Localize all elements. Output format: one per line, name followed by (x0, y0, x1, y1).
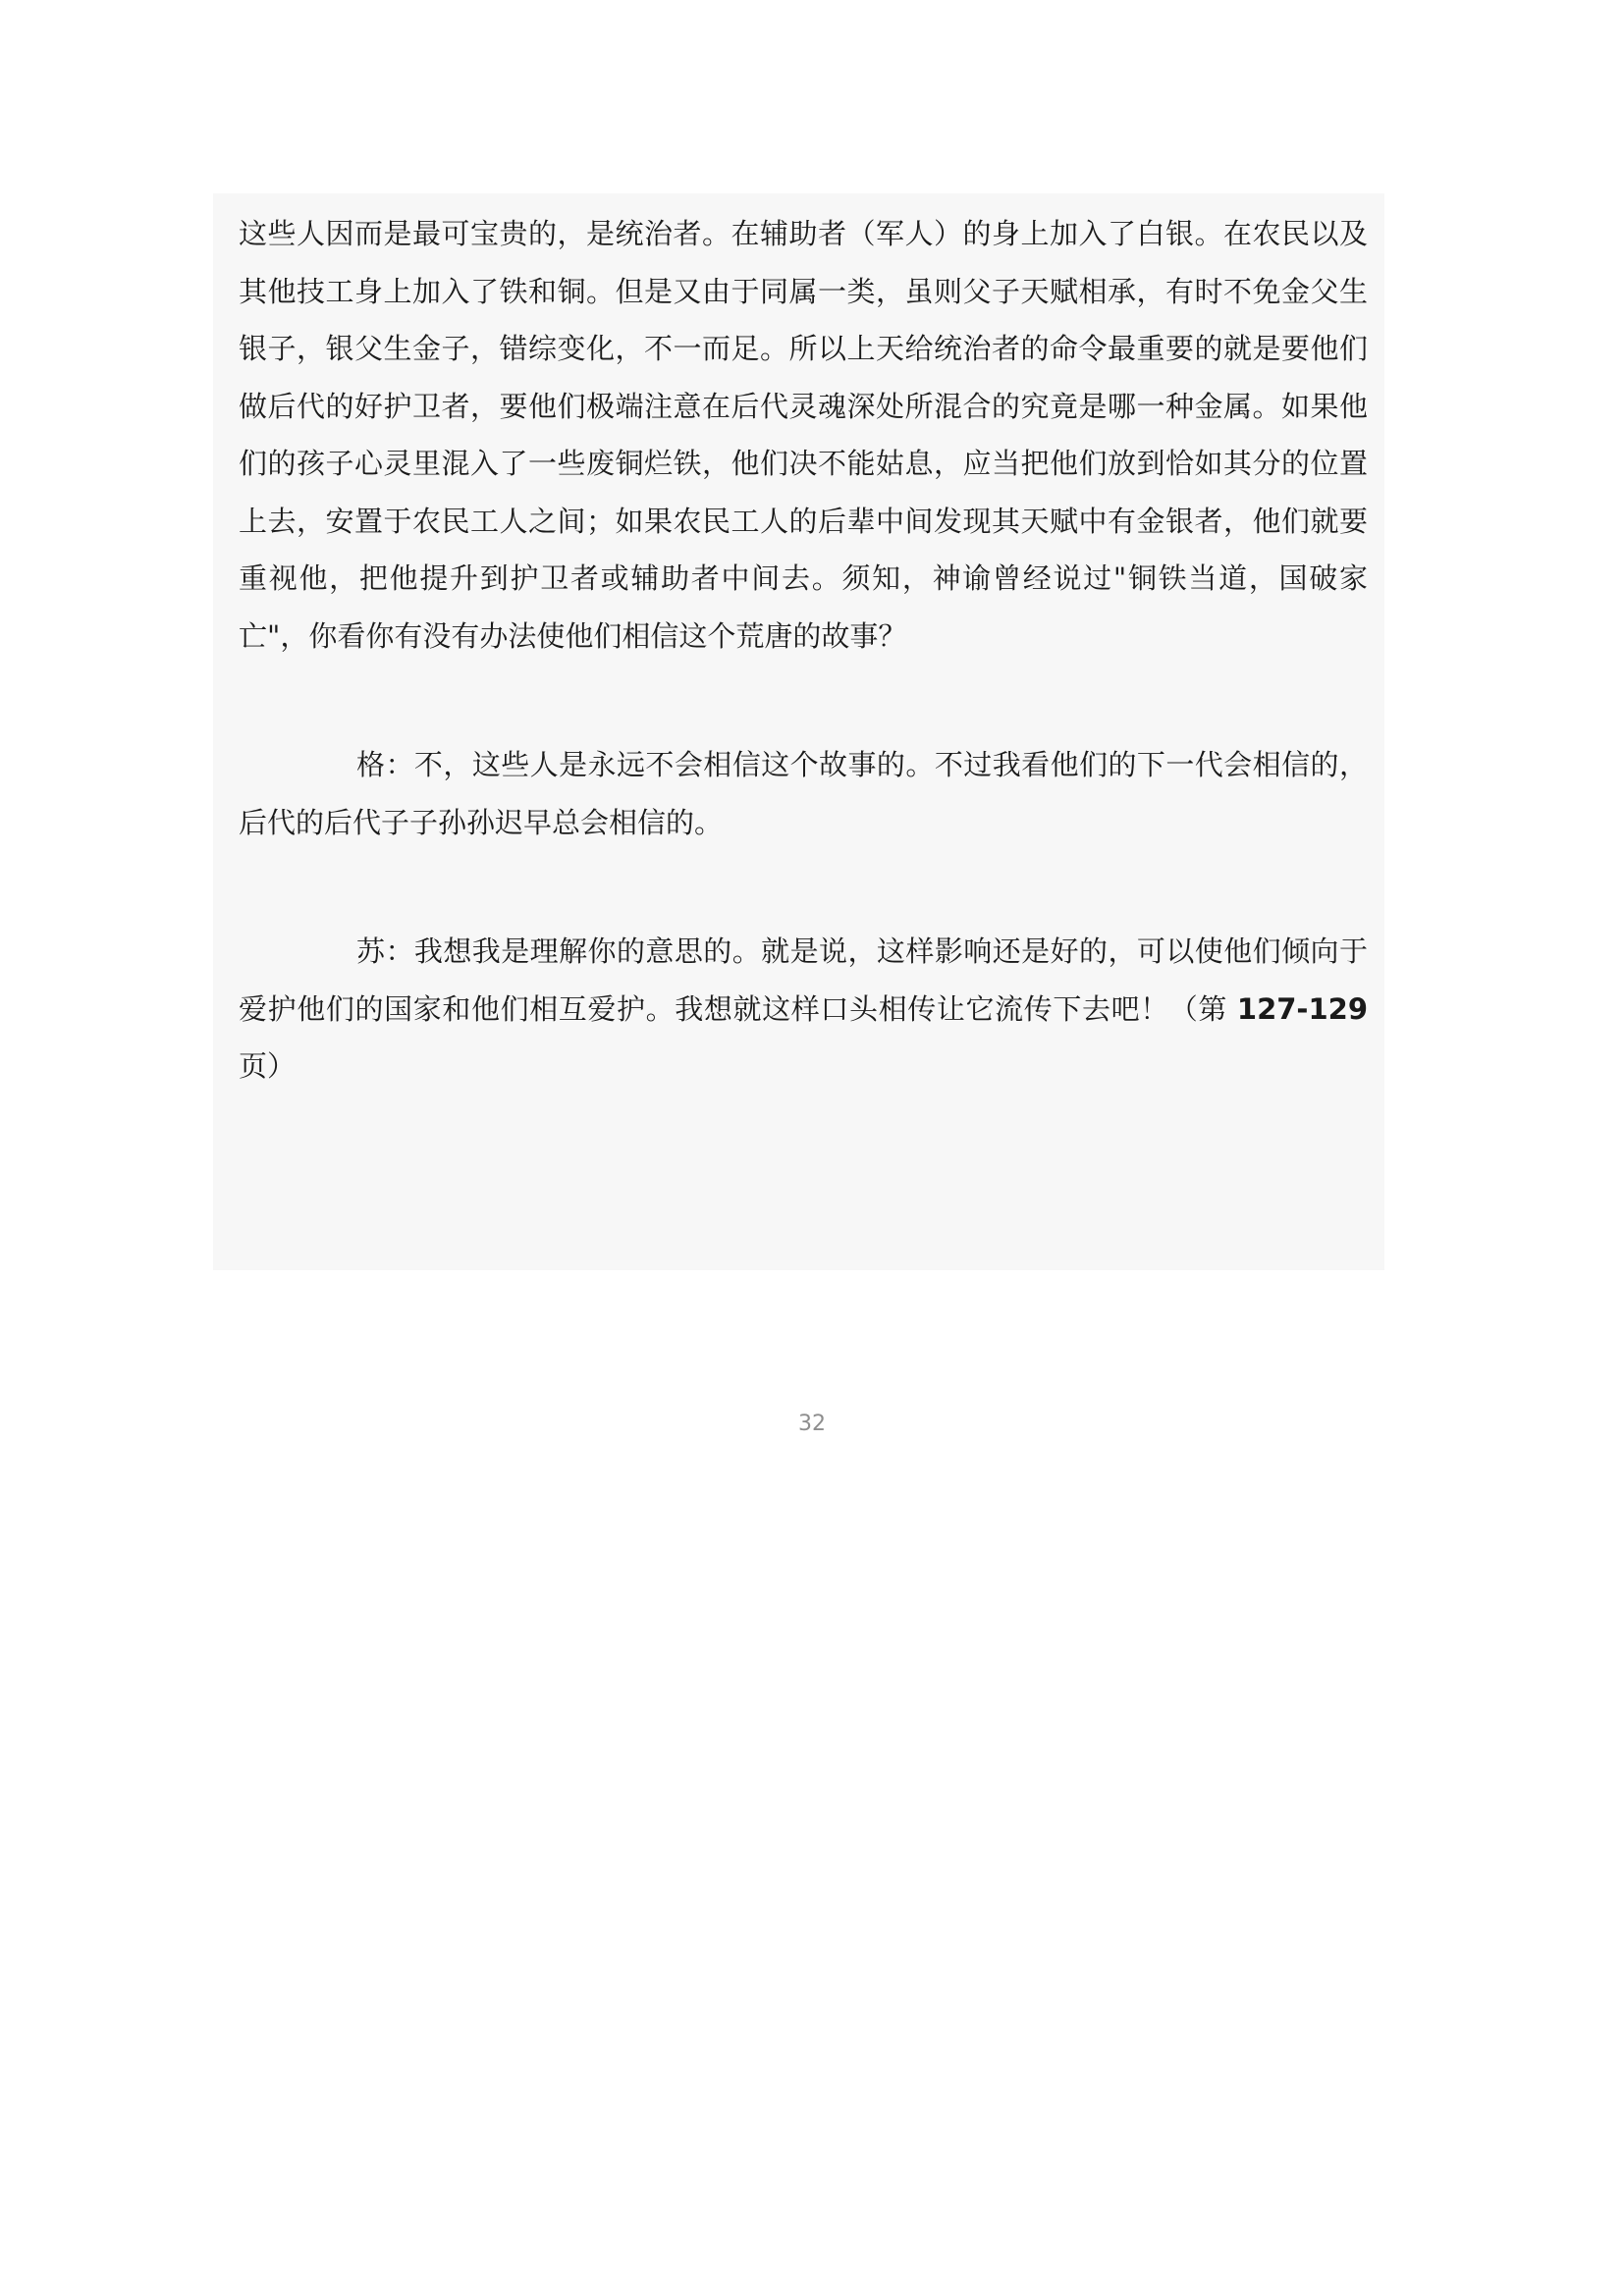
paragraph-narration: 这些人因而是最可宝贵的，是统治者。在辅助者（军人）的身上加入了白银。在农民以及其… (239, 205, 1368, 665)
page-range-bold: 127-129 (1237, 992, 1368, 1026)
socrates-text-before-pages: 苏：我想我是理解你的意思的。就是说，这样影响还是好的，可以使他们倾向于爱护他们的… (239, 934, 1368, 1026)
paragraph-glaucon-reply: 格：不，这些人是永远不会相信这个故事的。不过我看他们的下一代会相信的，后代的后代… (239, 736, 1368, 851)
text-content-block: 这些人因而是最可宝贵的，是统治者。在辅助者（军人）的身上加入了白银。在农民以及其… (213, 193, 1384, 1270)
socrates-text-after-pages: 页） (239, 1049, 296, 1083)
paragraph-socrates-reply: 苏：我想我是理解你的意思的。就是说，这样影响还是好的，可以使他们倾向于爱护他们的… (239, 923, 1368, 1095)
page-number: 32 (0, 1412, 1624, 1436)
document-page: 这些人因而是最可宝贵的，是统治者。在辅助者（军人）的身上加入了白银。在农民以及其… (0, 0, 1624, 2296)
